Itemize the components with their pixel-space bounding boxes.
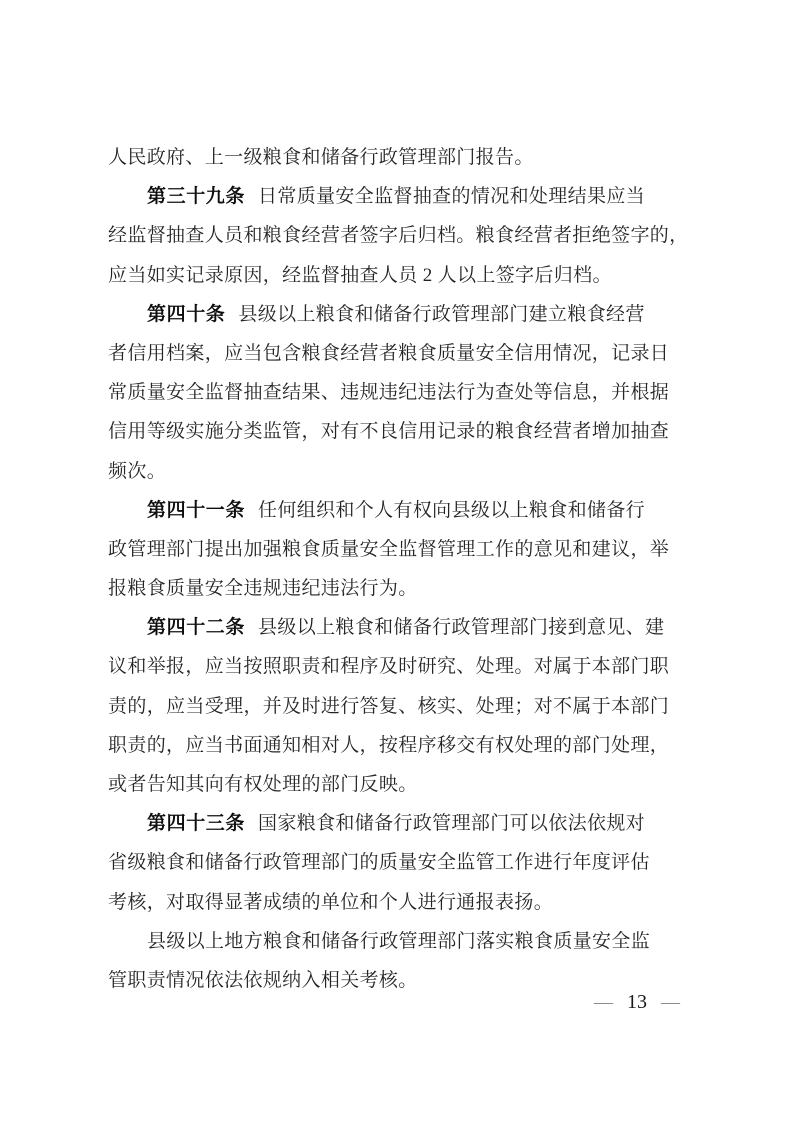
paragraph-text: 县级以上地方粮食和储备行政管理部门落实粮食质量安全监 [147, 931, 650, 952]
paragraph-text: 者信用档案，应当包含粮食经营者粮食质量安全信用情况，记录日 [108, 343, 669, 364]
document-page: 人民政府、上一级粮食和储备行政管理部门报告。 第三十九条日常质量安全监督抽查的情… [0, 0, 794, 1123]
text-line: 考核，对取得显著成绩的单位和个人进行通报表扬。 [108, 883, 690, 922]
text-line: 应当如实记录原因，经监督抽查人员 2 人以上签字后归档。 [108, 256, 690, 295]
paragraph-text: 管职责情况依法依规纳入相关考核。 [108, 970, 418, 991]
text-line: 者信用档案，应当包含粮食经营者粮食质量安全信用情况，记录日 [108, 334, 690, 373]
page-number: — 13 — [594, 991, 680, 1014]
text-line: 频次。 [108, 452, 690, 491]
paragraph-text: 职责的，应当书面通知相对人，按程序移交有权处理的部门处理， [108, 735, 669, 756]
text-line: 县级以上地方粮食和储备行政管理部门落实粮食质量安全监 [108, 922, 690, 961]
text-line: 第四十二条县级以上粮食和储备行政管理部门接到意见、建 [108, 608, 690, 647]
page-number-dash-right: — [661, 992, 680, 1014]
text-line: 经监督抽查人员和粮食经营者签字后归档。粮食经营者拒绝签字的， [108, 216, 690, 255]
paragraph-text: 政管理部门提出加强粮食质量安全监督管理工作的意见和建议，举 [108, 539, 669, 560]
text-line: 省级粮食和储备行政管理部门的质量安全监管工作进行年度评估 [108, 843, 690, 882]
article-number-heading: 第四十二条 [147, 617, 245, 638]
paragraph-text: 县级以上粮食和储备行政管理部门接到意见、建 [258, 617, 664, 638]
text-line: 人民政府、上一级粮食和储备行政管理部门报告。 [108, 138, 690, 177]
article-number-heading: 第三十九条 [147, 186, 245, 207]
page-number-value: 13 [627, 991, 647, 1014]
article-number-heading: 第四十条 [147, 304, 225, 325]
paragraph-text: 议和举报，应当按照职责和程序及时研究、处理。对属于本部门职 [108, 656, 669, 677]
paragraph-text: 省级粮食和储备行政管理部门的质量安全监管工作进行年度评估 [108, 852, 650, 873]
paragraph-text: 或者告知其向有权处理的部门反映。 [108, 774, 418, 795]
paragraph-text: 频次。 [108, 461, 166, 482]
paragraph-text: 常质量安全监督抽查结果、违规违纪违法行为查处等信息，并根据 [108, 382, 669, 403]
text-line: 政管理部门提出加强粮食质量安全监督管理工作的意见和建议，举 [108, 530, 690, 569]
text-line: 职责的，应当书面通知相对人，按程序移交有权处理的部门处理， [108, 726, 690, 765]
article-number-heading: 第四十一条 [147, 500, 245, 521]
paragraph-text: 经监督抽查人员和粮食经营者签字后归档。粮食经营者拒绝签字的， [108, 225, 689, 246]
text-line: 第四十一条任何组织和个人有权向县级以上粮食和储备行 [108, 491, 690, 530]
text-line: 议和举报，应当按照职责和程序及时研究、处理。对属于本部门职 [108, 647, 690, 686]
text-line: 第四十三条国家粮食和储备行政管理部门可以依法依规对 [108, 804, 690, 843]
document-body: 人民政府、上一级粮食和储备行政管理部门报告。 第三十九条日常质量安全监督抽查的情… [108, 138, 690, 1000]
text-line: 信用等级实施分类监管，对有不良信用记录的粮食经营者增加抽查 [108, 412, 690, 451]
text-line: 或者告知其向有权处理的部门反映。 [108, 765, 690, 804]
paragraph-text: 信用等级实施分类监管，对有不良信用记录的粮食经营者增加抽查 [108, 421, 669, 442]
text-line: 第三十九条日常质量安全监督抽查的情况和处理结果应当 [108, 177, 690, 216]
paragraph-text: 县级以上粮食和储备行政管理部门建立粮食经营 [238, 304, 644, 325]
paragraph-text: 考核，对取得显著成绩的单位和个人进行通报表扬。 [108, 892, 553, 913]
page-number-dash-left: — [594, 992, 613, 1014]
paragraph-text: 日常质量安全监督抽查的情况和处理结果应当 [258, 186, 645, 207]
paragraph-text: 国家粮食和储备行政管理部门可以依法依规对 [258, 813, 645, 834]
article-number-heading: 第四十三条 [147, 813, 245, 834]
text-line: 第四十条县级以上粮食和储备行政管理部门建立粮食经营 [108, 295, 690, 334]
text-line: 责的，应当受理，并及时进行答复、核实、处理；对不属于本部门 [108, 687, 690, 726]
paragraph-text: 应当如实记录原因，经监督抽查人员 2 人以上签字后归档。 [108, 265, 612, 286]
paragraph-text: 任何组织和个人有权向县级以上粮食和储备行 [258, 500, 645, 521]
paragraph-text: 报粮食质量安全违规违纪违法行为。 [108, 578, 418, 599]
paragraph-text: 人民政府、上一级粮食和储备行政管理部门报告。 [108, 147, 534, 168]
text-line: 报粮食质量安全违规违纪违法行为。 [108, 569, 690, 608]
text-line: 常质量安全监督抽查结果、违规违纪违法行为查处等信息，并根据 [108, 373, 690, 412]
paragraph-text: 责的，应当受理，并及时进行答复、核实、处理；对不属于本部门 [108, 696, 669, 717]
